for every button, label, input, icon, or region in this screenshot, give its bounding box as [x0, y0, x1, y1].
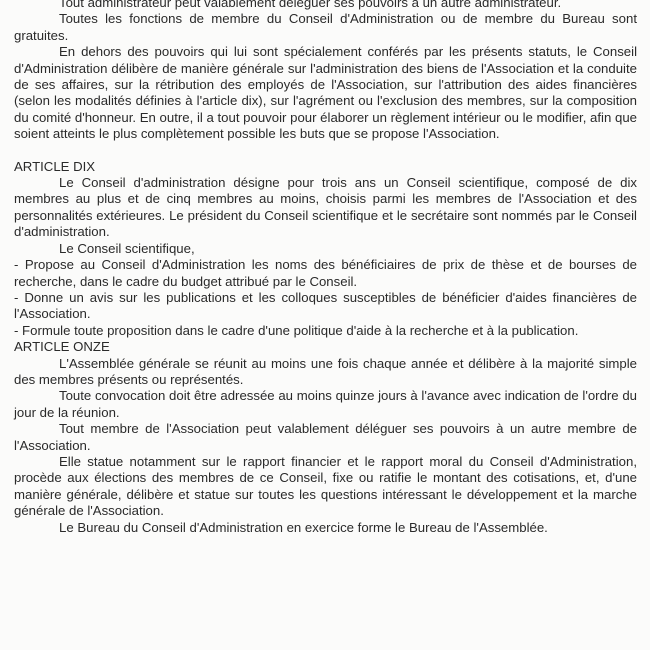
paragraph-statue-rapport: Elle statue notamment sur le rapport fin… — [14, 454, 637, 520]
paragraph-bureau-assemblee: Le Bureau du Conseil d'Administration en… — [14, 520, 637, 536]
article-onze-section: ARTICLE ONZE L'Assemblée générale se réu… — [14, 339, 637, 536]
paragraph-fonctions-gratuites: Toutes les fonctions de membre du Consei… — [14, 11, 637, 44]
paragraph-conseil-scientifique-intro: Le Conseil scientifique, — [14, 241, 637, 257]
list-item: - Donne un avis sur les publications et … — [14, 290, 637, 323]
paragraph-convocation: Toute convocation doit être adressée au … — [14, 388, 637, 421]
paragraph-assemblee-reunion: L'Assemblée générale se réunit au moins … — [14, 356, 637, 389]
list-item: - Propose au Conseil d'Administration le… — [14, 257, 637, 290]
article-onze-heading: ARTICLE ONZE — [14, 339, 637, 355]
article-dix-heading: ARTICLE DIX — [14, 159, 637, 175]
list-item: - Formule toute proposition dans le cadr… — [14, 323, 637, 339]
document-page: Tout administrateur peut valablement dél… — [0, 0, 650, 536]
article-dix-section: ARTICLE DIX Le Conseil d'administration … — [14, 159, 637, 339]
paragraph-pouvoirs-conseil: En dehors des pouvoirs qui lui sont spéc… — [14, 44, 637, 142]
paragraph-delegation-membre: Tout membre de l'Association peut valabl… — [14, 421, 637, 454]
intro-section: Tout administrateur peut valablement dél… — [14, 0, 637, 143]
paragraph-delegation-administrateur: Tout administrateur peut valablement dél… — [14, 0, 637, 11]
paragraph-conseil-scientifique-designation: Le Conseil d'administration désigne pour… — [14, 175, 637, 241]
